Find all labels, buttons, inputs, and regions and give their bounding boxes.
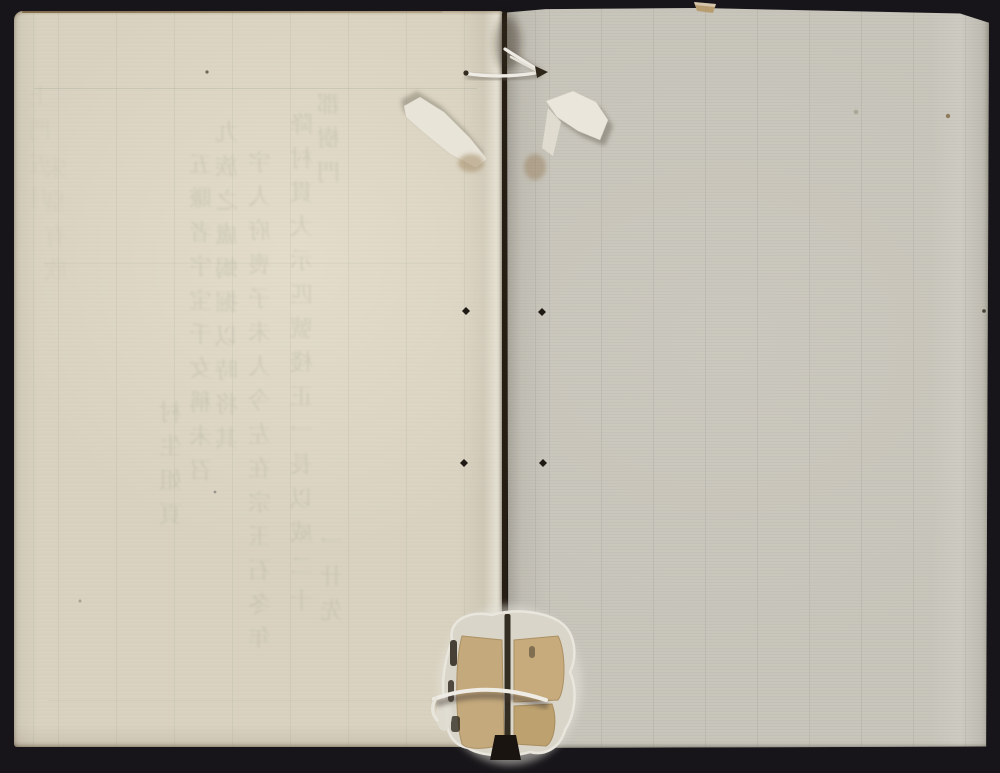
text-frame-line [44,263,463,264]
left-page-top-edge [22,11,443,13]
ghost-text-column: 郡樹門 [314,92,347,194]
ghost-text-column: 上門五月 [25,84,58,220]
book-photo: 郡樹門 降村貫大示匹號棧正一長以威二十 宇人府喪子未人今左在宗玉石冬年 九族之盧… [0,0,1000,773]
ghost-text-column: 五賺者宇宝千女稱未召 [186,152,219,492]
text-frame-line [48,700,459,701]
right-page-ruling [507,8,989,748]
right-page [507,8,989,748]
left-page-ruling [14,11,503,747]
ghost-text-column: 降村貫大示匹號棧正一長以威二十 [287,112,320,622]
ghost-text-column: 村生姐頁 [156,400,189,536]
ghost-text-column: 一卄先 [317,530,350,632]
ghost-text-column: 九族之盧蝎掘以時将其 [212,120,245,460]
ghost-text-column: 宋皇有欣 [41,156,74,292]
left-page: 郡樹門 降村貫大示匹號棧正一長以威二十 宇人府喪子未人今左在宗玉石冬年 九族之盧… [14,11,503,747]
text-frame-line [34,88,477,89]
spine-gutter [502,12,507,746]
ghost-text-column: 宇人府喪子未人今左在宗玉石冬年 [245,150,278,660]
